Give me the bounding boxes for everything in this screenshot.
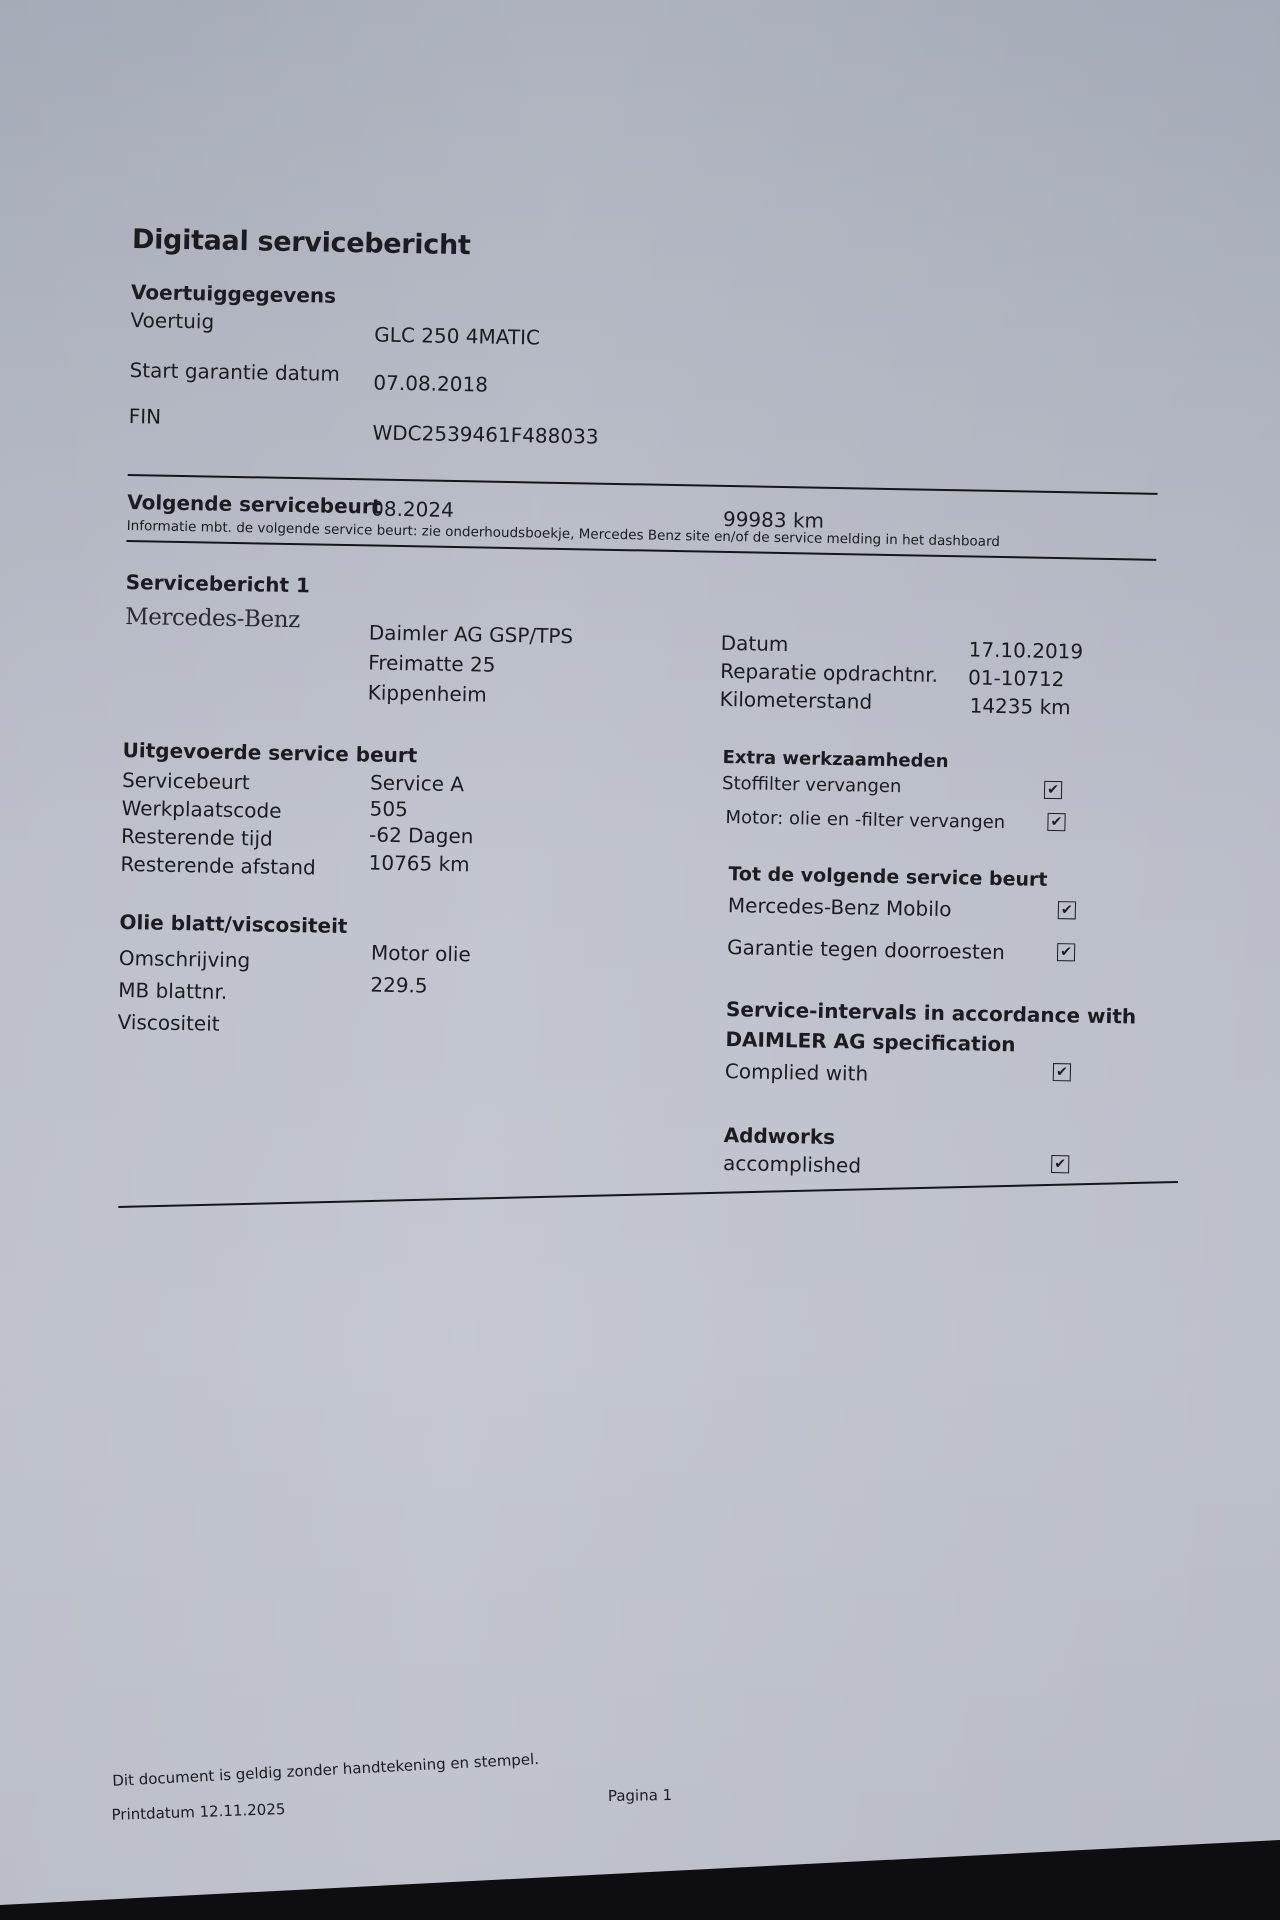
mb-sheet-number-label: MB blattnr. [118,978,227,1004]
warranty-start-value: 07.08.2018 [373,370,488,396]
service-type-label: Servicebeurt [122,768,250,794]
complied-checkbox: ✔ [1053,1063,1071,1081]
next-service-date: 08.2024 [371,496,454,522]
print-date: Printdatum 12.11.2025 [111,1800,285,1824]
checkmark-icon: ✔ [1054,1157,1066,1171]
checkmark-icon: ✔ [1047,783,1059,797]
validity-note: Dit document is geldig zonder handtekeni… [112,1750,539,1790]
mileage-label: Kilometerstand [719,687,872,714]
fin-label: FIN [129,404,162,429]
accomplished-label: accomplished [723,1151,861,1178]
rust-warranty-label: Garantie tegen doorroesten [727,935,1005,964]
oil-description-label: Omschrijving [119,946,251,972]
next-service-info: Informatie mbt. de volgende service beur… [127,518,1000,550]
checkmark-icon: ✔ [1056,1065,1068,1079]
vehicle-label: Voertuig [130,308,214,334]
mobilo-label: Mercedes-Benz Mobilo [728,893,952,921]
mobilo-checkbox: ✔ [1058,901,1076,919]
next-service-label: Volgende servicebeurt [127,490,382,519]
service-report-heading: Servicebericht 1 [126,570,311,597]
complied-label: Complied with [725,1059,869,1086]
oil-heading: Olie blatt/viscositeit [119,910,347,938]
vehicle-value: GLC 250 4MATIC [374,322,540,349]
mb-sheet-number-value: 229.5 [370,973,428,998]
service-document: Digitaal servicebericht Voertuiggegevens… [0,0,1280,1920]
extra-work-heading: Extra werkzaamheden [722,747,948,772]
dealer-name: Daimler AG GSP/TPS [369,620,574,648]
remaining-distance-label: Resterende afstand [120,852,316,880]
checkmark-icon: ✔ [1050,815,1062,829]
oil-description-value: Motor olie [371,941,471,967]
intervals-heading-line1: Service-intervals in accordance with [726,997,1137,1029]
cabin-filter-label: Stoffilter vervangen [722,773,902,797]
divider [118,1181,1178,1208]
vehicle-section-heading: Voertuiggegevens [131,280,336,308]
addworks-heading: Addworks [723,1123,835,1149]
oil-filter-label: Motor: olie en -filter vervangen [725,807,1005,833]
workshop-code-label: Werkplaatscode [121,796,281,823]
date-value: 17.10.2019 [968,637,1083,663]
accomplished-checkbox: ✔ [1051,1155,1069,1173]
document-title: Digitaal servicebericht [132,224,471,261]
brand-logo: Mercedes-Benz [125,604,300,633]
dealer-city: Kippenheim [368,680,487,706]
cabin-filter-checkbox: ✔ [1044,781,1062,799]
dealer-street: Freimatte 25 [368,650,496,676]
remaining-time-value: -62 Dagen [369,822,474,848]
mileage-value: 14235 km [969,693,1070,719]
viscosity-label: Viscositeit [117,1010,219,1036]
rust-warranty-checkbox: ✔ [1057,943,1075,961]
oil-filter-checkbox: ✔ [1047,813,1065,831]
remaining-distance-value: 10765 km [368,850,469,876]
intervals-heading-line2: DAIMLER AG specification [725,1027,1016,1056]
page-number: Pagina 1 [608,1786,673,1805]
remaining-time-label: Resterende tijd [121,824,273,851]
fin-value: WDC2539461F488033 [372,420,598,448]
checkmark-icon: ✔ [1061,903,1073,917]
divider [128,474,1158,495]
warranty-start-label: Start garantie datum [129,358,340,386]
workshop-code-value: 505 [369,796,408,821]
checkmark-icon: ✔ [1060,945,1072,959]
repair-order-label: Reparatie opdrachtnr. [720,659,938,687]
until-next-heading: Tot de volgende service beurt [728,863,1047,891]
service-type-value: Service A [370,770,464,796]
repair-order-value: 01-10712 [968,665,1065,691]
performed-service-heading: Uitgevoerde service beurt [122,738,417,767]
date-label: Datum [720,631,788,656]
